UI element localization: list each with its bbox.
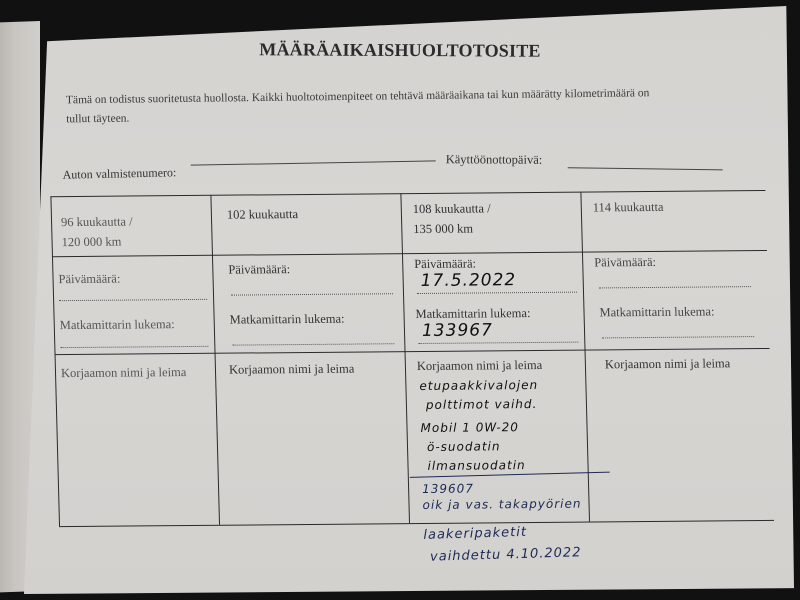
header-114-line1: 114 kuukautta xyxy=(593,197,664,218)
commission-date-label: Käyttöönottopäivä: xyxy=(446,152,543,168)
header-108-line1: 108 kuukautta / xyxy=(413,198,491,219)
note-line: oik ja vas. takapyörien xyxy=(422,496,581,513)
header-96: 96 kuukautta / 120 000 km xyxy=(61,212,134,253)
note-line: Mobil 1 0W-20 xyxy=(420,418,539,438)
odometer-label-102: Matkamittarin lukema: xyxy=(229,312,344,328)
note-line: etupaakkivalojen xyxy=(419,376,538,396)
odometer-label-114: Matkamittarin lukema: xyxy=(599,304,714,320)
workshop-label-102: Korjaamon nimi ja leima xyxy=(229,362,355,378)
date-label-102: Päivämäärä: xyxy=(228,262,290,278)
note-line: ö-suodatin xyxy=(421,437,540,457)
extra-notes-108: 139607 oik ja vas. takapyörien xyxy=(422,480,582,513)
workshop-label-108: Korjaamon nimi ja leima xyxy=(417,358,543,374)
note-line: 139607 xyxy=(422,480,581,497)
header-102-line1: 102 kuukautta xyxy=(227,204,299,225)
date-label-114: Päivämäärä: xyxy=(594,255,656,271)
vin-label: Auton valmistenumero: xyxy=(63,165,177,182)
odometer-value-108: 133967 xyxy=(422,320,493,341)
date-label-96: Päivämäärä: xyxy=(58,272,120,288)
note-line: vaihdettu 4.10.2022 xyxy=(424,542,582,569)
photo-scene: MÄÄRÄAIKAISHUOLTOTOSITE Tämä on todistus… xyxy=(0,0,800,600)
workshop-label-114: Korjaamon nimi ja leima xyxy=(605,356,731,372)
vin-field[interactable] xyxy=(191,160,436,165)
header-114: 114 kuukautta xyxy=(593,197,664,218)
note-line: polttimot vaihd. xyxy=(420,395,539,415)
document-title: MÄÄRÄAIKAISHUOLTOTOSITE xyxy=(259,39,540,61)
header-96-line1: 96 kuukautta / xyxy=(61,212,133,233)
overflow-notes: laakeripaketit vaihdettu 4.10.2022 xyxy=(423,520,582,569)
service-table: 96 kuukautta / 120 000 km Päivämäärä: Ma… xyxy=(50,190,774,526)
header-108-line2: 135 000 km xyxy=(413,218,491,239)
intro-text: Tämä on todistus suoritetusta huollosta.… xyxy=(66,83,766,130)
date-value-108: 17.5.2022 xyxy=(420,270,516,291)
document-content: MÄÄRÄAIKAISHUOLTOTOSITE Tämä on todistus… xyxy=(0,0,800,600)
workshop-notes-108: etupaakkivalojen polttimot vaihd. Mobil … xyxy=(419,376,540,476)
column-102 xyxy=(210,193,410,525)
odometer-label-96: Matkamittarin lukema: xyxy=(60,317,175,333)
header-108: 108 kuukautta / 135 000 km xyxy=(413,198,492,239)
commission-date-field[interactable] xyxy=(568,167,723,170)
header-102: 102 kuukautta xyxy=(227,204,299,225)
header-96-line2: 120 000 km xyxy=(61,231,133,252)
workshop-label-96: Korjaamon nimi ja leima xyxy=(61,365,187,381)
